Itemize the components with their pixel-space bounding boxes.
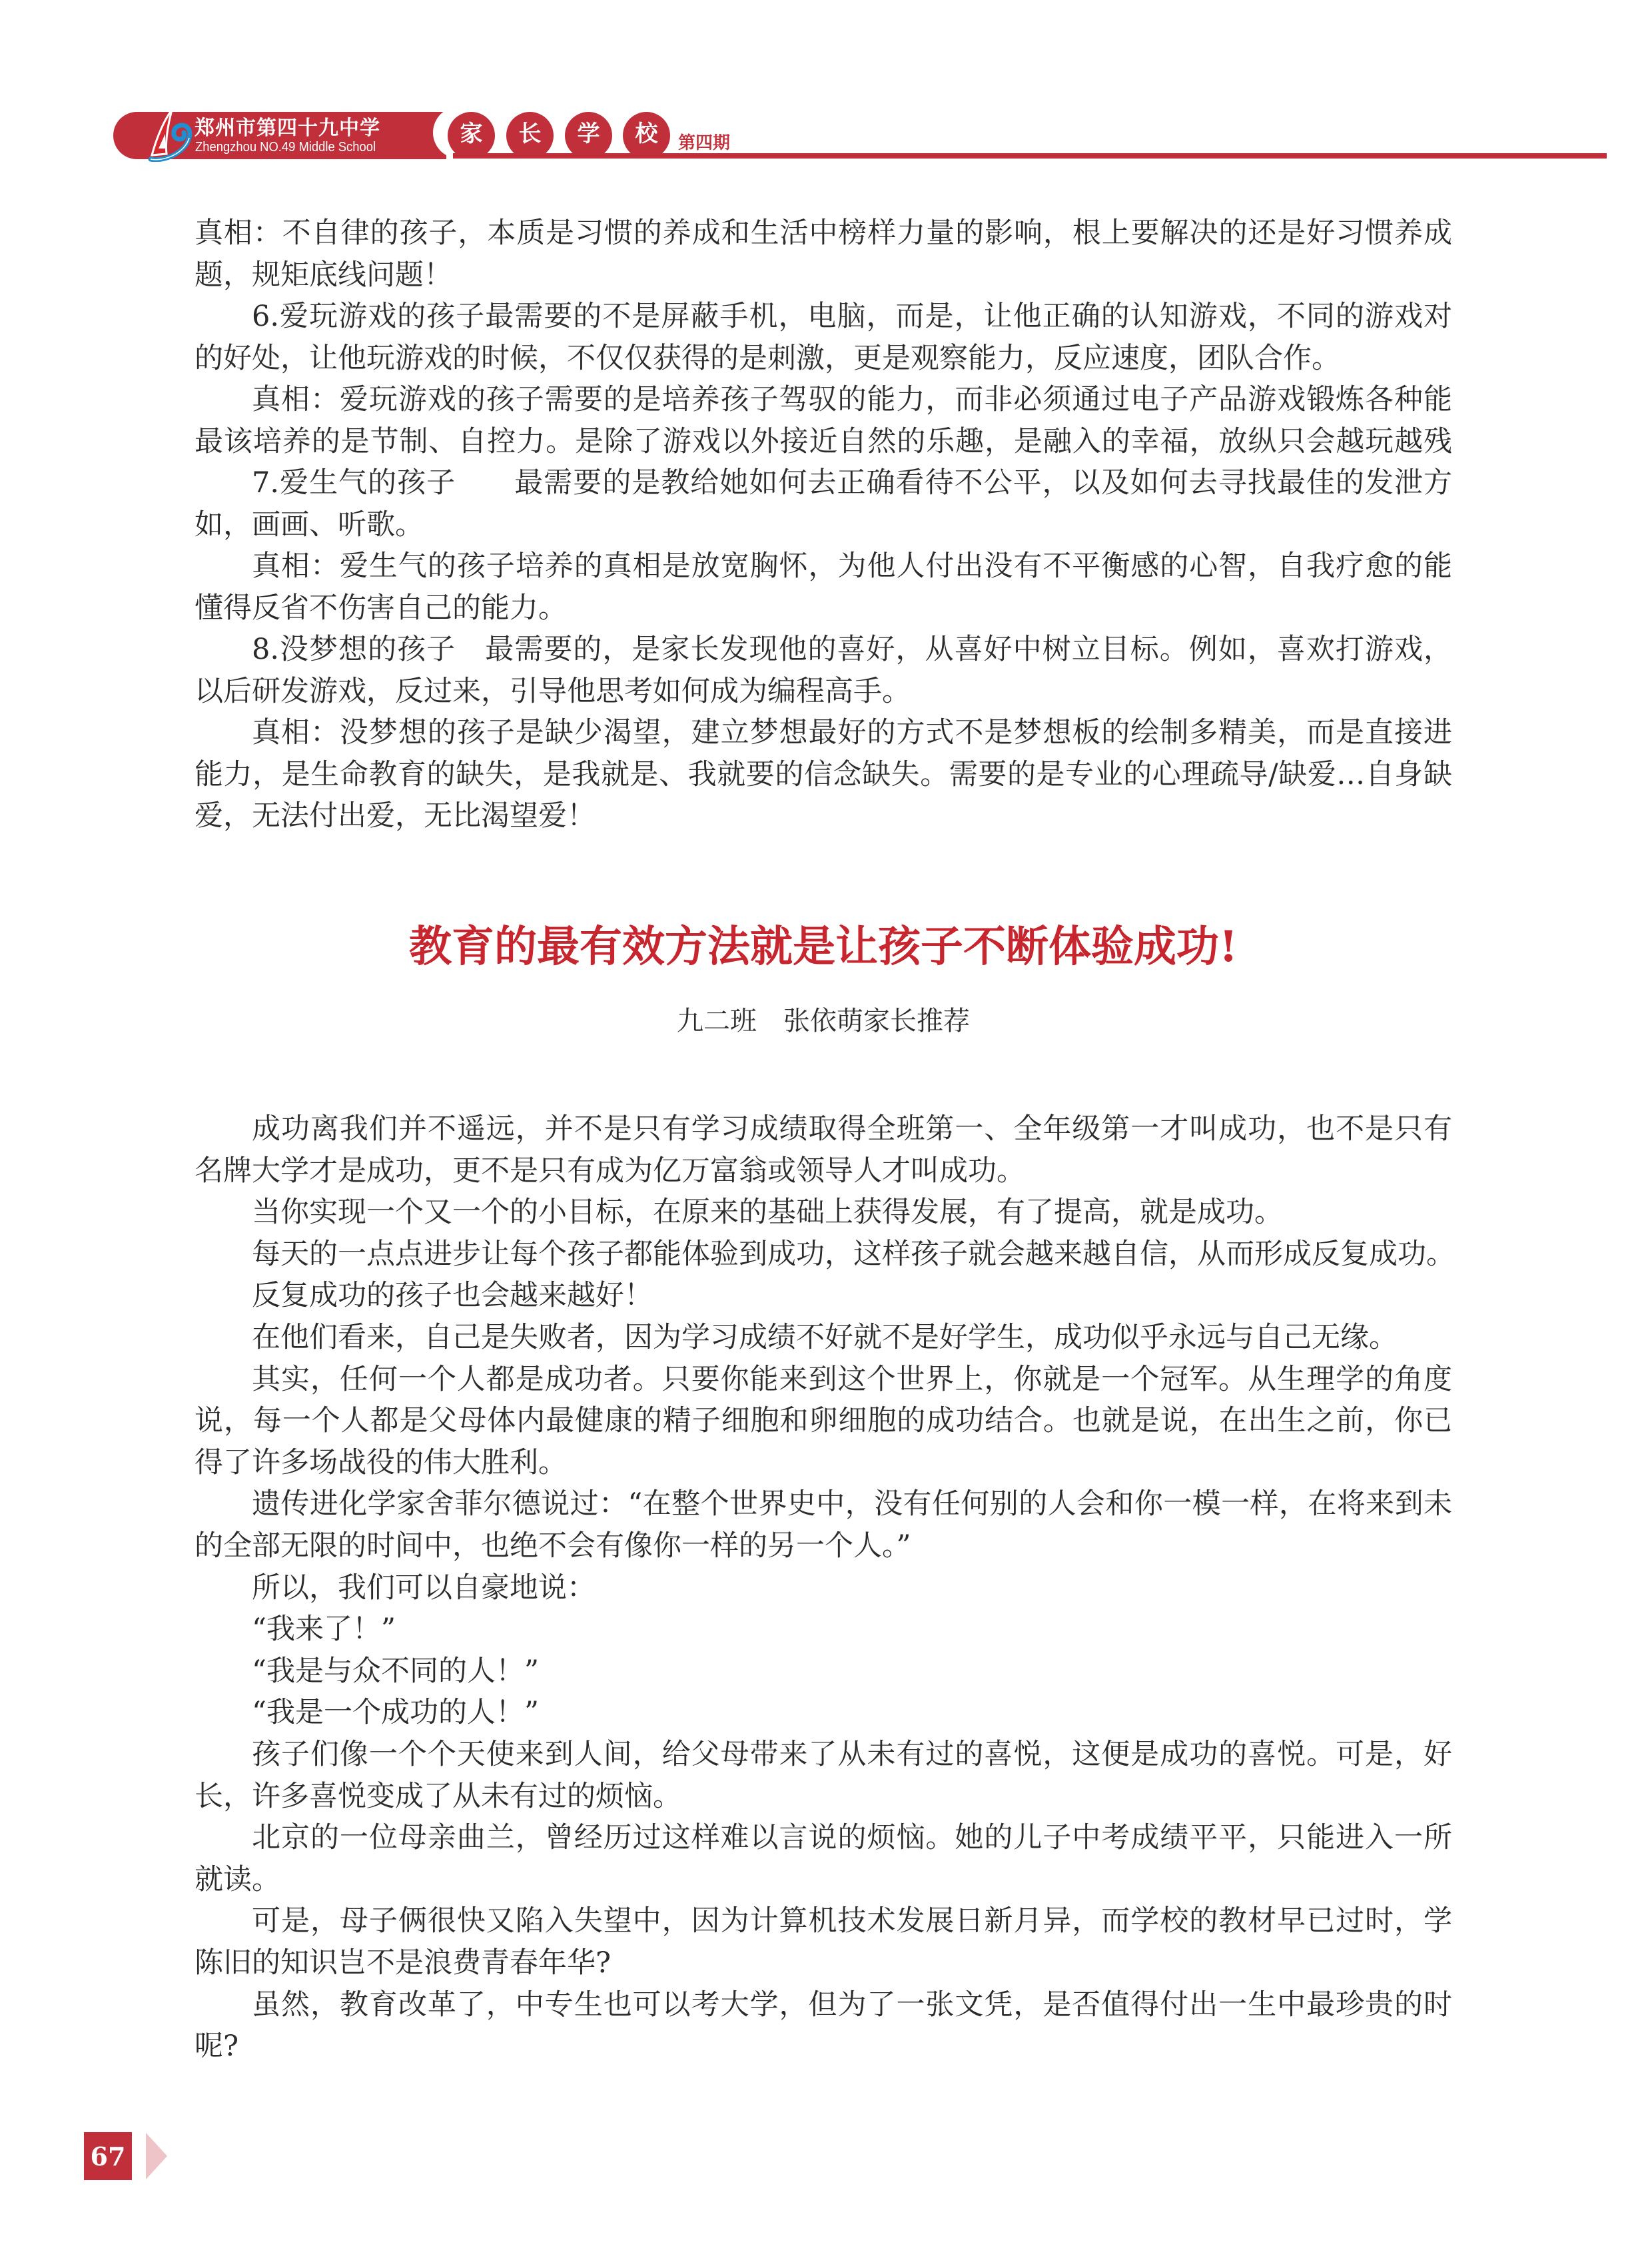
column-badge: 长 bbox=[506, 112, 554, 153]
column-badge-char: 校 bbox=[623, 112, 670, 153]
page-number: 67 bbox=[84, 2132, 132, 2180]
text-line: 真相：爱玩游戏的孩子需要的是培养孩子驾驭的能力，而非必须通过电子产品游戏锻炼各种… bbox=[195, 383, 1452, 416]
text-line: 在他们看来，自己是失败者，因为学习成绩不好就不是好学生，成功似乎永远与自己无缘。 bbox=[195, 1321, 1452, 1354]
column-badge-char: 家 bbox=[448, 112, 495, 153]
text-line: “我是一个成功的人！” bbox=[195, 1696, 1452, 1729]
text-line: 懂得反省不伤害自己的能力。 bbox=[195, 591, 1452, 625]
text-line: 名牌大学才是成功，更不是只有成为亿万富翁或领导人才叫成功。 bbox=[195, 1154, 1452, 1188]
text-line: 说，每一个人都是父母体内最健康的精子细胞和卵细胞的成功结合。也就是说，在出生之前… bbox=[195, 1404, 1452, 1437]
text-line: 6.爱玩游戏的孩子最需要的不是屏蔽手机，电脑，而是，让他正确的认知游戏，不同的游… bbox=[195, 300, 1452, 333]
text-line: 的好处，让他玩游戏的时候，不仅仅获得的是刺激，更是观察能力，反应速度，团队合作。 bbox=[195, 342, 1452, 375]
article-byline: 九二班 张依萌家长推荐 bbox=[195, 1006, 1452, 1036]
column-badge: 学 bbox=[565, 112, 612, 153]
page-arrow-icon bbox=[146, 2133, 167, 2179]
text-line: 长，许多喜悦变成了从未有过的烦恼。 bbox=[195, 1780, 1452, 1813]
text-line: 以后研发游戏，反过来，引导他思考如何成为编程高手。 bbox=[195, 675, 1452, 708]
text-line: 如，画画、听歌。 bbox=[195, 508, 1452, 542]
school-name-english: Zhengzhou NO.49 Middle School bbox=[195, 140, 376, 155]
text-line: 反复成功的孩子也会越来越好！ bbox=[195, 1279, 1452, 1312]
text-line: 真相：爱生气的孩子培养的真相是放宽胸怀，为他人付出没有不平衡感的心智，自我疗愈的… bbox=[195, 550, 1452, 583]
text-line: 成功离我们并不遥远，并不是只有学习成绩取得全班第一、全年级第一才叫成功，也不是只… bbox=[195, 1112, 1452, 1146]
column-badge: 家 bbox=[448, 112, 495, 153]
text-line: 就读。 bbox=[195, 1863, 1452, 1896]
text-line: 北京的一位母亲曲兰，曾经历过这样难以言说的烦恼。她的儿子中考成绩平平，只能进入一… bbox=[195, 1821, 1452, 1854]
text-line: 当你实现一个又一个的小目标，在原来的基础上获得发展，有了提高，就是成功。 bbox=[195, 1196, 1452, 1229]
header-rule bbox=[453, 153, 1607, 159]
text-line: 7.爱生气的孩子 最需要的是教给她如何去正确看待不公平，以及如何去寻找最佳的发泄… bbox=[195, 466, 1452, 500]
text-line: 所以，我们可以自豪地说： bbox=[195, 1571, 1452, 1605]
text-line: 真相：没梦想的孩子是缺少渴望，建立梦想最好的方式不是梦想板的绘制多精美，而是直接… bbox=[195, 716, 1452, 749]
text-line: 真相：不自律的孩子，本质是习惯的养成和生活中榜样力量的影响，根上要解决的还是好习… bbox=[195, 216, 1452, 250]
text-line: 遗传进化学家舍菲尔德说过：“在整个世界史中，没有任何别的人会和你一模一样，在将来… bbox=[195, 1487, 1452, 1521]
text-line: 最该培养的是节制、自控力。是除了游戏以外接近自然的乐趣，是融入的幸福，放纵只会越… bbox=[195, 425, 1452, 458]
text-line: 呢? bbox=[195, 2030, 1452, 2063]
text-line: “我来了！” bbox=[195, 1613, 1452, 1646]
text-line: 题，规矩底线问题！ bbox=[195, 258, 1452, 292]
text-line: 孩子们像一个个天使来到人间，给父母带来了从未有过的喜悦，这便是成功的喜悦。可是，… bbox=[195, 1738, 1452, 1771]
text-line: 能力，是生命教育的缺失，是我就是、我就要的信念缺失。需要的是专业的心理疏导/缺爱… bbox=[195, 758, 1452, 791]
text-line: 虽然，教育改革了，中专生也可以考大学，但为了一张文凭，是否值得付出一生中最珍贵的… bbox=[195, 1988, 1452, 2022]
text-line: “我是与众不同的人！” bbox=[195, 1655, 1452, 1688]
column-badge: 校 bbox=[623, 112, 670, 153]
column-badge-char: 长 bbox=[506, 112, 554, 153]
school-logo-icon bbox=[145, 109, 193, 162]
text-line: 陈旧的知识岂不是浪费青春年华? bbox=[195, 1946, 1452, 1980]
text-line: 可是，母子俩很快又陷入失望中，因为计算机技术发展日新月异，而学校的教材早已过时，… bbox=[195, 1904, 1452, 1938]
text-line: 8.没梦想的孩子 最需要的，是家长发现他的喜好，从喜好中树立目标。例如，喜欢打游… bbox=[195, 633, 1452, 666]
text-line: 的全部无限的时间中，也绝不会有像你一样的另一个人。” bbox=[195, 1529, 1452, 1563]
issue-label: 第四期 bbox=[678, 133, 730, 153]
article-title: 教育的最有效方法就是让孩子不断体验成功! bbox=[195, 923, 1452, 971]
school-name-chinese: 郑州市第四十九中学 bbox=[195, 117, 380, 140]
column-badge-char: 学 bbox=[565, 112, 612, 153]
text-line: 其实，任何一个人都是成功者。只要你能来到这个世界上，你就是一个冠军。从生理学的角… bbox=[195, 1363, 1452, 1396]
text-line: 每天的一点点进步让每个孩子都能体验到成功，这样孩子就会越来越自信，从而形成反复成… bbox=[195, 1238, 1452, 1271]
text-line: 得了许多场战役的伟大胜利。 bbox=[195, 1446, 1452, 1479]
text-line: 爱，无法付出爱，无比渴望爱！ bbox=[195, 799, 1452, 833]
